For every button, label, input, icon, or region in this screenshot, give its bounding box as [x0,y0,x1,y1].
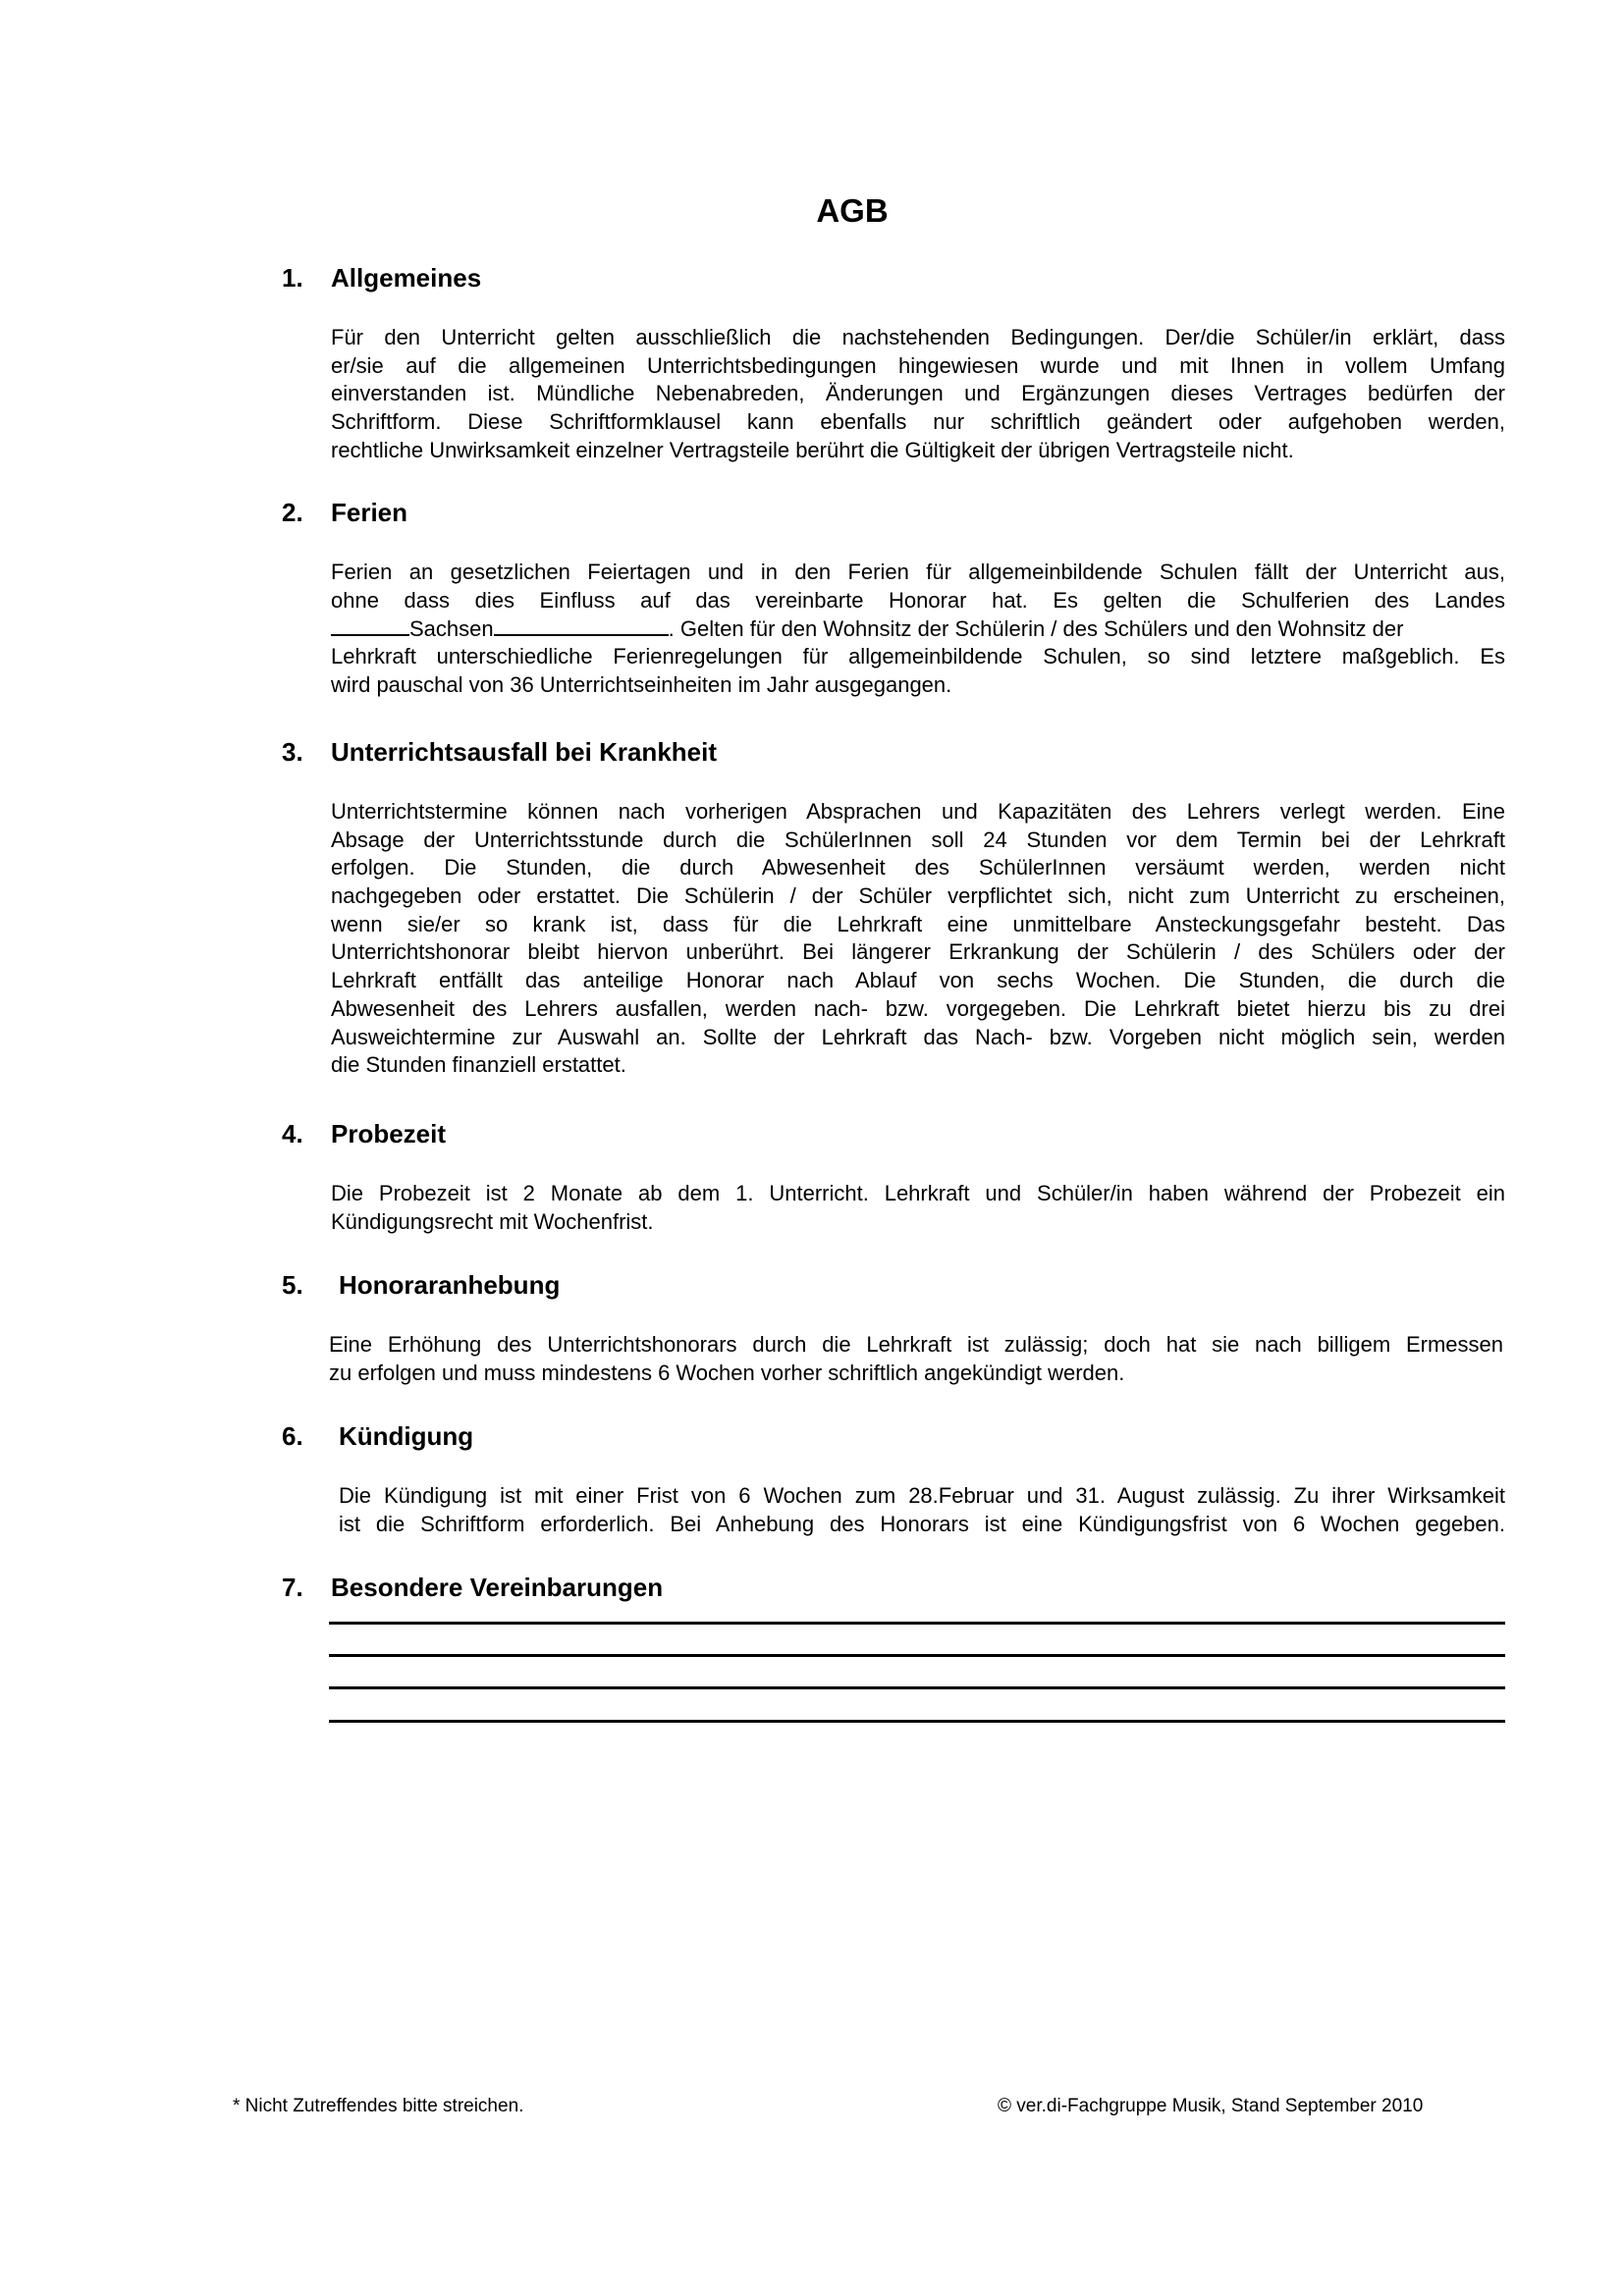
section-heading: 6. Kündigung [282,1419,1509,1453]
state-field-value[interactable]: Sachsen [409,616,494,641]
section-body: Ferien an gesetzlichen Feiertagen und in… [331,559,1505,699]
section-body: Die Kündigung ist mit einer Frist von 6 … [339,1482,1505,1538]
body-line: Ferien an gesetzlichen Feiertagen und in… [331,559,1505,587]
body-line: Die Kündigung ist mit einer Frist von 6 … [339,1482,1505,1511]
section-kuendigung: 6. Kündigung Die Kündigung ist mit einer… [282,1419,1509,1453]
body-line: ist die Schriftform erforderlich. Bei An… [339,1511,1505,1539]
section-number: 5. [282,1268,303,1302]
section-title: Ferien [331,496,407,529]
body-line: die Stunden finanziell erstattet. [331,1051,1505,1080]
writing-line-4[interactable] [329,1720,1505,1723]
document-title: AGB [0,192,1624,230]
section-probezeit: 4. Probezeit Die Probezeit ist 2 Monate … [282,1117,1509,1150]
body-line: wenn sie/er so krank ist, dass für die L… [331,911,1505,939]
section-number: 3. [282,735,303,769]
body-line: Lehrkraft unterschiedliche Ferienregelun… [331,643,1505,671]
section-body: Unterrichtstermine können nach vorherige… [331,798,1505,1080]
section-body: Eine Erhöhung des Unterrichtshonorars du… [329,1331,1503,1387]
body-line: einverstanden ist. Mündliche Nebenabrede… [331,380,1505,408]
section-heading: 3. Unterrichtsausfall bei Krankheit [282,735,1509,769]
section-number: 2. [282,496,303,529]
blank-underline [331,614,409,636]
section-title: Besondere Vereinbarungen [331,1571,663,1604]
section-title: Unterrichtsausfall bei Krankheit [331,735,717,769]
section-number: 1. [282,261,303,294]
body-line: rechtliche Unwirksamkeit einzelner Vertr… [331,437,1505,465]
body-line: zu erfolgen und muss mindestens 6 Wochen… [329,1360,1503,1388]
section-body: Die Probezeit ist 2 Monate ab dem 1. Unt… [331,1180,1505,1236]
body-line: Unterrichtshonorar bleibt hiervon unberü… [331,938,1505,967]
body-line: Abwesenheit des Lehrers ausfallen, werde… [331,995,1505,1024]
section-number: 6. [282,1419,303,1453]
body-line: wird pauschal von 36 Unterrichtseinheite… [331,671,1505,700]
section-unterrichtsausfall: 3. Unterrichtsausfall bei Krankheit Unte… [282,735,1509,769]
section-besondere-vereinbarungen: 7. Besondere Vereinbarungen [282,1571,1509,1604]
body-line: ohne dass dies Einfluss auf das vereinba… [331,587,1505,615]
section-number: 7. [282,1571,303,1604]
section-title: Kündigung [339,1419,473,1453]
body-line: Für den Unterricht gelten ausschließlich… [331,324,1505,352]
writing-line-2[interactable] [329,1654,1505,1657]
state-field-after-text: . Gelten für den Wohnsitz der Schülerin … [669,616,1404,641]
body-line: nachgegeben oder erstattet. Die Schüleri… [331,882,1505,911]
section-heading: 4. Probezeit [282,1117,1509,1150]
writing-line-3[interactable] [329,1686,1505,1689]
section-heading: 2. Ferien [282,496,1509,529]
body-line: Ausweichtermine zur Auswahl an. Sollte d… [331,1024,1505,1052]
body-line: Schriftform. Diese Schriftformklausel ka… [331,408,1505,437]
section-heading: 5. Honoraranhebung [282,1268,1509,1302]
section-title: Allgemeines [331,261,481,294]
body-line: Unterrichtstermine können nach vorherige… [331,798,1505,827]
body-line: Absage der Unterrichtsstunde durch die S… [331,827,1505,855]
section-heading: 7. Besondere Vereinbarungen [282,1571,1509,1604]
footer-note: * Nicht Zutreffendes bitte streichen. [233,2095,523,2118]
section-title: Probezeit [331,1117,446,1150]
section-title: Honoraranhebung [339,1268,560,1302]
section-body: Für den Unterricht gelten ausschließlich… [331,324,1505,464]
blank-underline [494,614,669,636]
section-ferien: 2. Ferien Ferien an gesetzlichen Feierta… [282,496,1509,529]
body-line: Eine Erhöhung des Unterrichtshonorars du… [329,1331,1503,1360]
section-number: 4. [282,1117,303,1150]
body-line: Die Probezeit ist 2 Monate ab dem 1. Unt… [331,1180,1505,1208]
writing-line-1[interactable] [329,1622,1505,1625]
body-line-state-field: Sachsen. Gelten für den Wohnsitz der Sch… [331,614,1505,643]
body-line: Kündigungsrecht mit Wochenfrist. [331,1208,1505,1237]
document-page: AGB 1. Allgemeines Für den Unterricht ge… [0,0,1624,2296]
section-allgemeines: 1. Allgemeines Für den Unterricht gelten… [282,261,1509,294]
footer-copyright: © ver.di-Fachgruppe Musik, Stand Septemb… [998,2095,1423,2118]
section-honoraranhebung: 5. Honoraranhebung Eine Erhöhung des Unt… [282,1268,1509,1302]
section-heading: 1. Allgemeines [282,261,1509,294]
body-line: erfolgen. Die Stunden, die durch Abwesen… [331,854,1505,882]
body-line: Lehrkraft entfällt das anteilige Honorar… [331,967,1505,995]
body-line: er/sie auf die allgemeinen Unterrichtsbe… [331,352,1505,381]
